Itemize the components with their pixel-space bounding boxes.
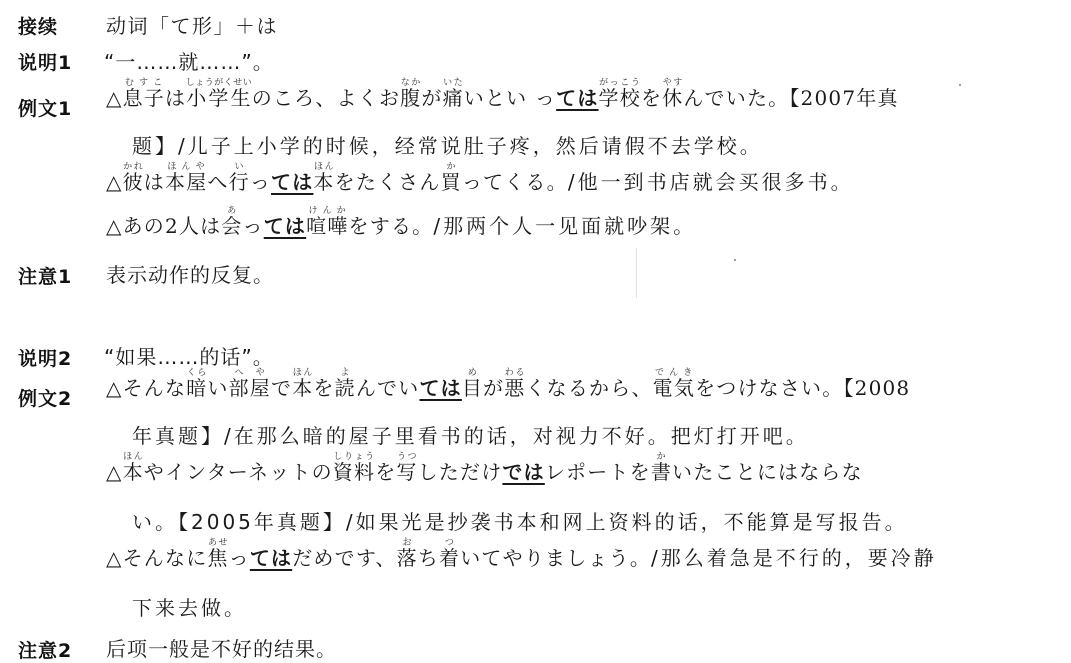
note1-text: 表示动作的反复。 <box>106 259 274 288</box>
triangle-bullet-icon: △ <box>106 214 123 238</box>
scan-artifact-line <box>636 248 637 298</box>
example1-sentence1-line1: △息子むすこは小学生しょうがくせいのころ、よくお腹なかが痛いたいとい っては学校… <box>106 78 899 116</box>
example2-sentence2-line2: い。【2005年真题】/如果光是抄袭书本和网上资料的话，不能算是写报告。 <box>132 506 908 535</box>
triangle-bullet-icon: △ <box>106 170 123 194</box>
ruby-word: 本ほん <box>123 460 144 484</box>
example2-sentence3-line2: 下来去做。 <box>132 592 247 621</box>
ruby-word: 痛いた <box>443 86 464 110</box>
ruby-word: 電気でんき <box>653 376 695 400</box>
example2-sentence2-line1: △本ほんやインターネットの資料しりょうを写うつしただけではレポートを書かいたこと… <box>106 452 863 490</box>
ruby-word: 学校がっこう <box>599 86 641 110</box>
explanation1-text: “一……就……”。 <box>104 46 274 75</box>
example2-sentence1-line2: 年真题】/在那么暗的屋子里看书的话，对视力不好。把灯打开吧。 <box>132 420 809 449</box>
example1-sentence2: △彼かれは本屋ほんやへ行いっては本ほんをたくさん買かってくる。/他一到书店就会买… <box>106 162 854 200</box>
ruby-word: 書か <box>651 460 672 484</box>
grammar-page: 接续 动词「て形」＋は 说明1 “一……就……”。 例文1 △息子むすこは小学生… <box>0 0 1071 663</box>
translation: /他一到书店就会买很多书。 <box>568 170 854 194</box>
keyword-underlined: では <box>502 460 544 484</box>
ruby-word: 会あ <box>221 214 242 238</box>
ruby-word: 部屋へや <box>229 376 271 400</box>
ruby-word: 目め <box>462 376 483 400</box>
example2-label: 例文2 <box>18 384 72 411</box>
explanation2-label: 说明2 <box>18 344 72 371</box>
ruby-word: 行い <box>229 170 250 194</box>
ruby-word: 休やす <box>662 86 683 110</box>
example1-sentence3: △あの2人は会あっては喧嘩けんかをする。/那两个人一见面就吵架。 <box>106 206 696 244</box>
ruby-word: 彼かれ <box>123 170 144 194</box>
ruby-word: 焦あせ <box>207 546 228 570</box>
ruby-word: 本ほん <box>313 170 334 194</box>
ruby-word: 着つ <box>439 546 460 570</box>
ruby-word: 腹なか <box>400 86 421 110</box>
example2-sentence1-line1: △そんな暗くらい部屋へやで本ほんを読よんでいては目めが悪わるくなるから、電気でん… <box>106 368 910 406</box>
ruby-word: 小学生しょうがくせい <box>186 86 252 110</box>
note1-label: 注意1 <box>18 262 72 289</box>
keyword-underlined: ては <box>250 546 292 570</box>
triangle-bullet-icon: △ <box>106 376 123 400</box>
connection-text: 动词「て形」＋は <box>106 10 278 39</box>
example1-label: 例文1 <box>18 94 72 121</box>
explanation1-label: 说明1 <box>18 48 72 75</box>
ruby-word: 買か <box>441 170 462 194</box>
note2-text: 后项一般是不好的结果。 <box>106 633 337 662</box>
triangle-bullet-icon: △ <box>106 86 123 110</box>
note2-label: 注意2 <box>18 636 72 663</box>
ruby-word: 本ほん <box>292 376 313 400</box>
connection-label: 接续 <box>18 12 58 39</box>
ruby-word: 資料しりょう <box>333 460 375 484</box>
ruby-word: 喧嘩けんか <box>306 214 348 238</box>
triangle-bullet-icon: △ <box>106 546 123 570</box>
scan-artifact-speck <box>734 259 736 261</box>
keyword-underlined: ては <box>264 214 306 238</box>
keyword-underlined: ては <box>419 376 461 400</box>
ruby-word: 本屋ほんや <box>165 170 207 194</box>
ruby-word: 読よ <box>335 376 356 400</box>
ruby-word: 暗くら <box>186 376 207 400</box>
ruby-word: 息子むすこ <box>123 86 165 110</box>
translation: /那两个人一见面就吵架。 <box>433 214 696 238</box>
scan-artifact-speck <box>959 84 961 86</box>
translation: /那么着急是不行的，要冷静 <box>651 546 937 570</box>
keyword-underlined: ては <box>271 170 313 194</box>
example1-sentence1-line2: 题】/儿子上小学的时候，经常说肚子疼，然后请假不去学校。 <box>132 130 763 159</box>
ruby-word: 悪わる <box>504 376 525 400</box>
triangle-bullet-icon: △ <box>106 460 123 484</box>
ruby-word: 落お <box>397 546 418 570</box>
ruby-word: 写うつ <box>396 460 417 484</box>
keyword-underlined: ては <box>556 86 598 110</box>
explanation2-text: “如果……的话”。 <box>104 341 274 370</box>
example2-sentence3-line1: △そんなに焦あせってはだめです、落おち着ついてやりましょう。/那么着急是不行的，… <box>106 538 937 576</box>
